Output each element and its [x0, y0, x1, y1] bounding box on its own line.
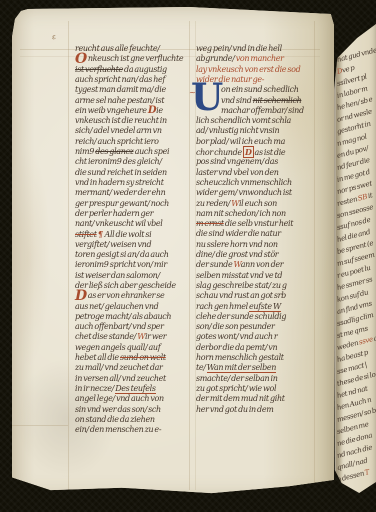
text-line: ieronim9 spricht von/ mir	[75, 260, 199, 270]
text-segment: reich/ auch spricht iero	[75, 137, 159, 146]
text-line: lich schendlich vomt schla	[196, 116, 320, 126]
text-line: laster vnd vbel von den	[196, 168, 320, 178]
text-segment: zu got spricht/ wie wol	[196, 384, 276, 393]
text-segment: nu sslere horn vnd non	[196, 240, 278, 249]
text-line: rach gen hmel eufste W	[196, 302, 320, 312]
text-line: vnd in hadern sy streicht	[75, 178, 199, 188]
text-segment: die sind wider die natur	[196, 229, 281, 238]
text-line: in ir necze/ Des teufels	[75, 384, 199, 394]
text-line: gotes wont/ vnd auch r	[196, 332, 320, 342]
text-segment: W	[231, 199, 239, 208]
text-segment: schau vnd rust an got srb	[196, 291, 286, 300]
text-line: her vnd got du in dem	[196, 405, 320, 415]
text-line: zu mall/ vnd zeuchet dar	[75, 363, 199, 373]
text-segment: ie	[156, 106, 163, 115]
facing-page-fore-edge: hat gud vndeDve pssilvert plin labor mhe…	[334, 0, 376, 512]
text-line: ad/ vnlustig nicht vnsin	[196, 126, 320, 136]
text-segment: dine/ die grost vnd stör	[196, 250, 278, 259]
text-line: bor plad/ wil ich euch ma	[196, 137, 320, 147]
text-segment: von mancher	[236, 54, 284, 63]
text-segment: smachte/ der selban in	[196, 374, 278, 383]
text-segment: ist weiser dan salomon/	[75, 271, 160, 280]
text-segment: as ist die	[255, 148, 286, 157]
text-line: ist weiser dan salomon/	[75, 271, 199, 281]
text-segment: slag geschreibe stat/ zu g	[196, 281, 287, 290]
parchment-stain	[6, 147, 50, 367]
text-segment: der mit dem mud nit giht	[196, 394, 285, 403]
text-line: schau vnd rust an got srb	[196, 291, 320, 301]
text-line: reich/ auch spricht iero	[75, 137, 199, 147]
text-segment: ist verfluchte	[75, 65, 123, 74]
text-segment: nkeusch ist gne verfluchte	[88, 54, 183, 63]
text-segment: Wan mit der selben	[207, 363, 276, 373]
text-segment: lay vnkeusch von erst die sod	[196, 65, 300, 74]
text-segment: auch spei	[134, 147, 170, 156]
text-line: scheuczlich vnmenschlich	[196, 178, 320, 188]
text-segment: in ir necze/	[75, 384, 115, 393]
text-line: mermant/ weder der ehn	[75, 188, 199, 198]
text-segment: T	[364, 468, 370, 477]
text-line: clehe der sunde schuldig	[196, 312, 320, 322]
ruling-line-vertical	[68, 21, 69, 490]
text-segment: die sund reichet in seiden	[75, 168, 167, 177]
text-line: toren gesigt si an/ da auch	[75, 250, 199, 260]
ruling-line-horizontal	[12, 425, 68, 426]
text-line: machar offembar/ sind	[196, 106, 345, 116]
text-segment: it	[366, 191, 373, 200]
text-segment: wider die natur ge-	[196, 75, 264, 84]
text-segment: derbor die da pemt/ vn	[196, 343, 277, 352]
text-line: slag geschreibe stat/ zu g	[196, 281, 320, 291]
text-segment: scheuczlich vnmenschlich	[196, 178, 292, 187]
text-line: reucht aus alle feuchte/	[75, 44, 199, 54]
text-segment: angel lege/ vnd auch von	[75, 394, 164, 403]
text-segment: reucht aus alle feuchte/	[75, 44, 160, 53]
text-segment: ir wer	[145, 332, 166, 341]
text-segment: ein weib vngeheure	[75, 106, 148, 115]
text-segment: as er von ehranker se	[88, 291, 165, 300]
text-segment: chor chunde	[196, 148, 243, 157]
text-segment: Des teufels	[115, 384, 155, 394]
text-segment: selben misstat vnd ve td	[196, 271, 282, 280]
text-segment: ann von der	[241, 260, 283, 269]
text-segment: ¶	[98, 229, 103, 239]
text-segment: lich schendlich vomt schla	[196, 116, 291, 125]
text-segment: zu mall/ vnd zeuchet dar	[75, 363, 163, 372]
text-segment: sin vnd wer das son/ sch	[75, 405, 161, 414]
text-segment: ein/ den menschen zu e-	[75, 425, 161, 434]
text-line: on ein sund schedlich	[196, 85, 345, 95]
text-segment: machar offembar/ sind	[221, 106, 304, 115]
text-segment: gotes wont/ vnd auch r	[196, 332, 277, 341]
text-segment: vergiftet/ weisen vnd	[75, 240, 151, 249]
text-segment: nant/ vnkeuscht wil vbel	[75, 219, 162, 228]
text-line: wider gem/ vnwonduch ist	[196, 188, 320, 198]
text-segment: auch spricht nan/ das hef	[75, 75, 165, 84]
text-line: weg pein/ vnd in die hell	[196, 44, 320, 54]
text-line: dine/ die grost vnd stör	[196, 250, 320, 260]
text-segment: laster vnd vbel von den	[196, 168, 279, 177]
text-line: arme sel nahe pestan/ ist	[75, 96, 199, 106]
text-segment: weg pein/ vnd in die hell	[196, 44, 282, 53]
text-line: die sind wider die natur	[196, 229, 320, 239]
text-line: der perler hadern ger	[75, 209, 199, 219]
text-line: in versen all/ vnd zeuchet	[75, 374, 199, 384]
text-line: nu sslere horn vnd non	[196, 240, 320, 250]
text-segment: nam nit schedon/ ich non	[196, 209, 286, 218]
text-segment: her vnd got du in dem	[196, 405, 273, 414]
text-line: abgrunde/ von mancher	[196, 54, 320, 64]
text-line: wegen angels quall/ auf	[75, 343, 199, 353]
text-segment: aus net/ gelauchen vnd	[75, 302, 158, 311]
text-segment: ieronim9 spricht von/ mir	[75, 260, 167, 269]
text-line: ger prespur gewant/ noch	[75, 199, 199, 209]
text-line: der sunde Wann von der	[196, 260, 320, 270]
text-segment: eufste W	[249, 302, 281, 312]
text-segment: n dessen	[336, 469, 366, 484]
text-segment: bor plad/ wil ich euch ma	[196, 137, 285, 146]
text-segment: chet dise stande/	[75, 332, 137, 341]
text-segment: D	[244, 147, 253, 157]
text-segment: abgrunde/	[196, 54, 236, 63]
text-segment: arme sel nahe pestan/ ist	[75, 96, 164, 105]
text-segment: hebet all die	[75, 353, 120, 362]
text-segment: cht ieronim9 des gleich/	[75, 157, 162, 166]
text-line: pos sind vngenem/ das	[196, 157, 320, 167]
text-line: cht ieronim9 des gleich/	[75, 157, 199, 167]
text-segment: ad/ vnlustig nicht vnsin	[196, 126, 279, 135]
manuscript-photograph: ε reucht aus alle feuchte/Onkeusch ist g…	[0, 0, 376, 512]
text-segment: wegen angels quall/ auf	[75, 343, 160, 352]
text-segment: der sunde	[196, 260, 234, 269]
text-line: ist verfluchte da augustig	[75, 65, 199, 75]
text-segment: W	[137, 332, 145, 341]
text-line: horn menschlich gestalt	[196, 353, 320, 363]
text-segment: der perler hadern ger	[75, 209, 153, 218]
text-line: chet dise stande/ Wir wer	[75, 332, 199, 342]
text-line: selben misstat vnd ve td	[196, 271, 320, 281]
corner-mark: ε	[51, 33, 56, 42]
text-segment: clehe der sunde schuldig	[196, 312, 286, 321]
text-line: nam nit schedon/ ich non	[196, 209, 320, 219]
text-segment: W	[234, 260, 241, 269]
text-segment: nit schemlich	[253, 96, 302, 105]
text-segment: pos sind vngenem/ das	[196, 157, 278, 166]
text-line: zu got spricht/ wie wol	[196, 384, 320, 394]
text-segment: rach gen hmel	[196, 302, 249, 311]
text-segment: des glancz	[95, 147, 133, 156]
text-line: vergiftet/ weisen vnd	[75, 240, 199, 250]
text-segment: in versen all/ vnd zeuchet	[75, 374, 166, 383]
text-segment: sich/ adel vnedel arm vn	[75, 126, 162, 135]
text-line: die sund reichet in seiden	[75, 168, 199, 178]
text-segment: All die wolt si	[105, 230, 152, 239]
text-line: zu reden/ Wil euch son	[196, 199, 320, 209]
text-segment: te/	[196, 363, 207, 372]
text-line: der mit dem mud nit giht	[196, 394, 320, 404]
text-line: vnd sind nit schemlich	[196, 96, 345, 106]
text-segment: vnkeusch ist die reucht in	[75, 116, 167, 125]
text-line: chor chunde Das ist die	[196, 147, 320, 157]
text-line: sin vnd wer das son/ sch	[75, 405, 199, 415]
text-segment: il euch son	[239, 199, 277, 208]
text-line: on stand die da ziehen	[75, 415, 199, 425]
manuscript-page: ε reucht aus alle feuchte/Onkeusch ist g…	[12, 7, 334, 497]
text-line: aus net/ gelauchen vnd	[75, 302, 199, 312]
text-line: tygest man damit ma/ die	[75, 85, 199, 95]
text-line: petroge macht/ als abauch	[75, 312, 199, 322]
text-segment: wider gem/ vnwonduch ist	[196, 188, 292, 197]
text-line: ein weib vngeheure Die	[75, 106, 199, 116]
text-segment: vnd sind	[221, 96, 253, 105]
text-segment: nim9	[75, 147, 95, 156]
text-line: wider die natur ge-	[196, 75, 320, 85]
text-segment: zu reden/	[196, 199, 231, 208]
text-segment: ve p	[341, 64, 355, 75]
text-segment: sund on welt	[120, 353, 166, 362]
text-line: angel lege/ vnd auch von	[75, 394, 199, 404]
text-line: hebet all die sund on welt	[75, 353, 199, 363]
text-line: auch offenbart/ vnd sper	[75, 322, 199, 332]
text-line: auch spricht nan/ das hef	[75, 75, 199, 85]
text-segment: mermant/ weder der ehn	[75, 188, 165, 197]
text-line: nim9 des glancz auch spei	[75, 147, 199, 157]
text-segment: son/ die son pesunder	[196, 322, 274, 331]
text-line: m ernst die selb vnstur heit	[196, 219, 320, 229]
text-line: son/ die son pesunder	[196, 322, 320, 332]
initial-flourish: ~	[189, 78, 196, 108]
text-segment: toren gesigt si an/ da auch	[75, 250, 169, 259]
text-segment: vnd in hadern sy streicht	[75, 178, 164, 187]
text-segment: stiftet	[75, 230, 97, 239]
text-line: der ließ sich aber gescheide	[75, 281, 199, 291]
text-line: stiftet ¶All die wolt si	[75, 229, 199, 239]
text-segment: D	[148, 105, 156, 116]
text-line: te/ Wan mit der selben	[196, 363, 320, 373]
text-line: lay vnkeusch von erst die sod	[196, 65, 320, 75]
text-line: Das er von ehranker se	[75, 291, 199, 301]
text-segment: on stand die da ziehen	[75, 415, 155, 424]
text-segment: da augustig	[123, 65, 167, 74]
text-segment: horn menschlich gestalt	[196, 353, 284, 362]
text-segment: die selb vnstur heit	[224, 219, 293, 228]
curled-next-page: hat gud vndeDve pssilvert plin labor mhe…	[334, 0, 376, 512]
text-line: Onkeusch ist gne verfluchte	[75, 54, 199, 64]
text-segment: tygest man damit ma/ die	[75, 85, 166, 94]
text-segment: petroge macht/ als abauch	[75, 312, 171, 321]
text-segment: m ernst	[196, 219, 224, 228]
text-line: smachte/ der selban in	[196, 374, 320, 384]
text-segment: ger prespur gewant/ noch	[75, 199, 169, 208]
text-segment: auch offenbart/ vnd sper	[75, 322, 164, 331]
text-segment: a	[372, 334, 376, 343]
text-line: derbor die da pemt/ vn	[196, 343, 320, 353]
text-segment: on ein sund schedlich	[221, 85, 299, 94]
text-segment: der ließ sich aber gescheide	[75, 281, 176, 290]
text-line: nant/ vnkeuscht wil vbel	[75, 219, 199, 229]
text-line: ein/ den menschen zu e-	[75, 425, 199, 435]
text-line: sich/ adel vnedel arm vn	[75, 126, 199, 136]
text-line: vnkeusch ist die reucht in	[75, 116, 199, 126]
text-segment: resten	[336, 195, 359, 208]
